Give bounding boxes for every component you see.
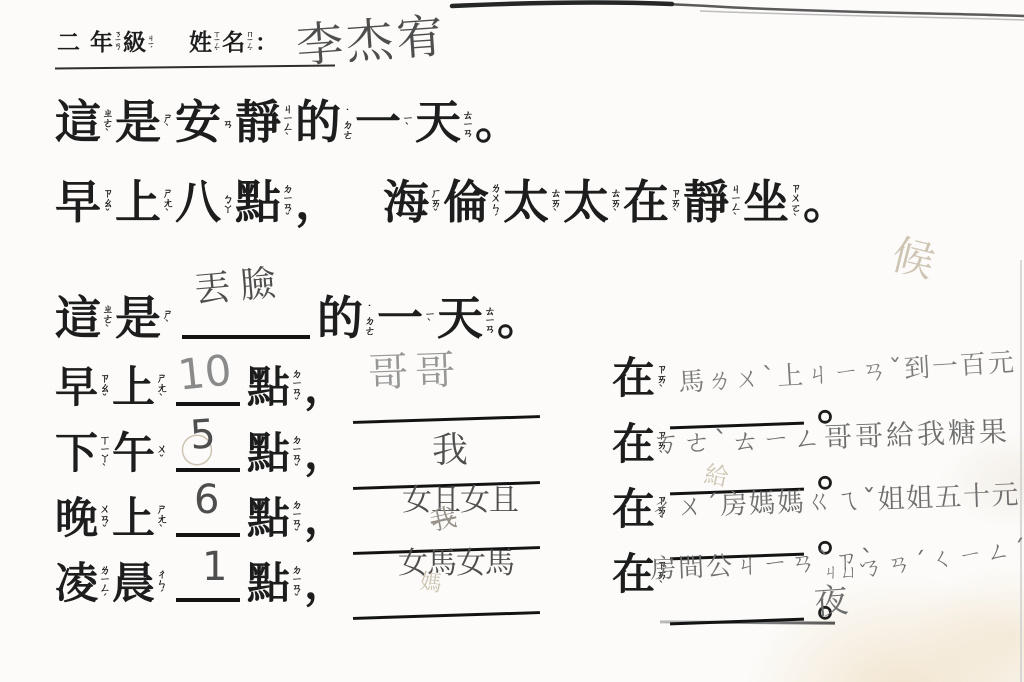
ruby-char: 上ㄕㄤˋ bbox=[115, 178, 175, 228]
printed-character: 在 bbox=[612, 552, 655, 598]
time-label: 下ㄒㄧㄚˋ午ㄨˇ bbox=[55, 431, 169, 477]
ruby-char: 凌ㄌㄧㄥˊ bbox=[55, 561, 112, 607]
ruby-char: 在ㄗㄞˋ bbox=[623, 178, 683, 228]
printed-character: 海 bbox=[383, 178, 429, 228]
zhuyin-annotation: ㄕㄤˋ bbox=[162, 187, 175, 219]
ruby-char: 早ㄗㄠˇ bbox=[55, 365, 112, 411]
zhuyin-annotation: ㄧˋ bbox=[402, 113, 415, 133]
dian-label: 點ㄉㄧㄢˇ bbox=[247, 561, 304, 607]
ruby-char: ， bbox=[304, 561, 351, 607]
zhuyin-annotation: ㄗㄞˋ bbox=[670, 187, 683, 219]
printed-character: 點 bbox=[247, 431, 290, 477]
ruby-char: 安ㄢ bbox=[175, 98, 235, 148]
printed-character: 晚 bbox=[55, 496, 98, 542]
ruby-char: 上ㄕㄤˋ bbox=[112, 365, 169, 411]
printed-character: 姓 bbox=[189, 31, 212, 56]
comma: ， bbox=[304, 561, 351, 607]
zhuyin-annotation: ㄔㄣˊ bbox=[156, 568, 169, 600]
printed-character: 太 bbox=[503, 178, 549, 228]
ruby-char: 的˙ㄉㄜ bbox=[295, 98, 355, 148]
zhuyin-annotation: ㄅㄚ bbox=[222, 193, 235, 213]
zhuyin-annotation: ㄋㄧㄢˊ bbox=[114, 30, 123, 56]
zhuyin-annotation: ㄊㄧㄢ bbox=[462, 109, 475, 137]
printed-character: 在 bbox=[612, 422, 655, 468]
zhuyin-annotation: ㄗㄨㄛˋ bbox=[790, 182, 803, 224]
printed-character: ， bbox=[304, 431, 347, 477]
ruby-char: 。 bbox=[803, 178, 853, 228]
ruby-char: 。 bbox=[497, 294, 547, 344]
printed-character: 點 bbox=[247, 496, 290, 542]
ruby-char: 級ㄐㄧˊ bbox=[123, 31, 156, 56]
zhuyin-annotation: ㄓㄜˋ bbox=[102, 303, 115, 335]
ruby-char: 天ㄊㄧㄢ bbox=[415, 98, 475, 148]
ruby-char bbox=[156, 31, 189, 56]
zhuyin-annotation: ㄨㄢˇ bbox=[99, 503, 112, 535]
ruby-char: 姓ㄒㄧㄥˋ bbox=[189, 30, 222, 56]
row-predawn: 凌ㄌㄧㄥˊ晨ㄔㄣˊ 點ㄉㄧㄢˇ ， 在ㄗㄞˋ 。 1 女馬女馬 媽 房間公ㄐㄧㄢ… bbox=[0, 552, 1024, 622]
printed-character: 。 bbox=[803, 178, 849, 228]
time-label: 凌ㄌㄧㄥˊ晨ㄔㄣˊ bbox=[55, 561, 169, 607]
printed-character: 是 bbox=[115, 98, 161, 148]
ruby-char: 靜ㄐㄧㄥˋ bbox=[235, 98, 295, 148]
sentence-helen-part2: 海ㄏㄞˇ倫ㄌㄨㄣˊ太ㄊㄞˋ太ㄊㄞˋ在ㄗㄞˋ靜ㄐㄧㄥˋ坐ㄗㄨㄛˋ。 bbox=[383, 178, 853, 228]
printed-character: 。 bbox=[475, 98, 521, 148]
dian-label: 點ㄉㄧㄢˇ bbox=[247, 496, 304, 542]
time-label: 早ㄗㄠˇ上ㄕㄤˋ bbox=[55, 365, 169, 411]
printed-character: 點 bbox=[247, 561, 290, 607]
ruby-char: 這ㄓㄜˋ bbox=[55, 98, 115, 148]
printed-character: 下 bbox=[55, 431, 98, 477]
sentence-helen: 早ㄗㄠˇ上ㄕㄤˋ八ㄅㄚ點ㄉㄧㄢˇ， 海ㄏㄞˇ倫ㄌㄨㄣˊ太ㄊㄞˋ太ㄊㄞˋ在ㄗㄞˋ靜… bbox=[55, 178, 853, 228]
zhuyin-annotation: ㄗㄠˇ bbox=[99, 372, 112, 404]
ruby-char: 二 bbox=[57, 31, 90, 56]
zhuyin-annotation: ㄗㄠˇ bbox=[102, 187, 115, 219]
zhuyin-annotation: ㄒㄧㄚˋ bbox=[99, 434, 112, 474]
printed-character: 安 bbox=[175, 98, 221, 148]
zhuyin-annotation: ˙ㄉㄜ bbox=[364, 303, 377, 335]
ruby-char: 靜ㄐㄧㄥˋ bbox=[683, 178, 743, 228]
printed-character: 二 bbox=[57, 31, 80, 56]
fill-sentence-pre: 這ㄓㄜˋ是ㄕˋ bbox=[55, 294, 175, 344]
printed-character: 年 bbox=[90, 31, 113, 56]
ruby-char: 點ㄉㄧㄢˇ bbox=[247, 561, 304, 607]
ruby-char: 晨ㄔㄣˊ bbox=[112, 561, 169, 607]
printed-character: 上 bbox=[115, 178, 161, 228]
zhuyin-annotation: ㄕㄤˋ bbox=[156, 503, 169, 535]
ruby-char: ， bbox=[304, 496, 351, 542]
ruby-char: 海ㄏㄞˇ bbox=[383, 178, 443, 228]
zhuyin-annotation: ㄊㄞˋ bbox=[610, 187, 623, 219]
ruby-char: 天ㄊㄧㄢ bbox=[437, 294, 497, 344]
printed-character: 的 bbox=[317, 294, 363, 344]
printed-character: 在 bbox=[623, 178, 669, 228]
zhuyin-annotation: ㄧˋ bbox=[424, 309, 437, 329]
printed-character: 級 bbox=[123, 31, 146, 56]
zhuyin-annotation: ㄊㄧㄢ bbox=[484, 305, 497, 333]
printed-character: ， bbox=[304, 496, 347, 542]
ruby-char: 的˙ㄉㄜ bbox=[317, 294, 377, 344]
printed-character: 倫 bbox=[443, 178, 489, 228]
printed-character: ， bbox=[304, 561, 347, 607]
zhuyin-annotation: ㄌㄧㄥˊ bbox=[99, 564, 112, 604]
zhuyin-annotation: ㄌㄨㄣˊ bbox=[490, 182, 503, 224]
printed-character: 太 bbox=[563, 178, 609, 228]
ruby-char: 早ㄗㄠˇ bbox=[55, 178, 115, 228]
printed-character: 天 bbox=[415, 98, 461, 148]
zhuyin-annotation: ㄊㄞˋ bbox=[550, 187, 563, 219]
zhuyin-annotation: ㄐㄧㄥˋ bbox=[282, 103, 295, 143]
handwritten-tail-character: 夜 bbox=[812, 573, 849, 624]
ruby-char: 下ㄒㄧㄚˋ bbox=[55, 431, 112, 477]
ruby-char: 這ㄓㄜˋ bbox=[55, 294, 115, 344]
header-grade-name-label: 二年ㄋㄧㄢˊ級ㄐㄧˊ 姓ㄒㄧㄥˋ名ㄇㄧㄥˊ： bbox=[57, 30, 288, 56]
printed-character: 坐 bbox=[743, 178, 789, 228]
printed-character: 上 bbox=[112, 496, 155, 542]
ruby-char: 一ㄧˋ bbox=[355, 98, 415, 148]
zhuyin-annotation: ㄢ bbox=[222, 118, 235, 128]
sentence-helen-part1: 早ㄗㄠˇ上ㄕㄤˋ八ㄅㄚ點ㄉㄧㄢˇ， bbox=[55, 178, 345, 228]
zhuyin-annotation: ㄉㄧㄢˇ bbox=[291, 368, 304, 408]
zhuyin-annotation: ㄨˇ bbox=[156, 443, 169, 465]
printed-character: 靜 bbox=[683, 178, 729, 228]
ruby-char: 是ㄕˋ bbox=[115, 98, 175, 148]
ruby-char: ， bbox=[304, 365, 351, 411]
printed-character: 點 bbox=[247, 365, 290, 411]
zhuyin-annotation: ㄉㄧㄢˇ bbox=[291, 434, 304, 474]
printed-character: 午 bbox=[112, 431, 155, 477]
printed-character: 這 bbox=[55, 98, 101, 148]
ruby-char: 太ㄊㄞˋ bbox=[503, 178, 563, 228]
printed-character: 天 bbox=[437, 294, 483, 344]
zhuyin-annotation: ㄐㄧˊ bbox=[147, 34, 156, 54]
printed-character: ， bbox=[295, 178, 341, 228]
worksheet-page: 二年ㄋㄧㄢˊ級ㄐㄧˊ 姓ㄒㄧㄥˋ名ㄇㄧㄥˊ： 李杰宥 這ㄓㄜˋ是ㄕˋ安ㄢ靜ㄐㄧㄥ… bbox=[0, 0, 1024, 682]
ruby-char: 午ㄨˇ bbox=[112, 431, 169, 477]
printed-character: 點 bbox=[235, 178, 281, 228]
zhuyin-annotation: ㄏㄞˇ bbox=[430, 187, 443, 219]
zhuyin-annotation: ㄕㄤˋ bbox=[156, 372, 169, 404]
ruby-char: ， bbox=[304, 431, 351, 477]
ruby-char: 。 bbox=[475, 98, 525, 148]
zhuyin-annotation: ㄒㄧㄥˋ bbox=[213, 30, 222, 56]
ruby-char: 點ㄉㄧㄢˇ bbox=[247, 365, 304, 411]
zhuyin-annotation: ㄉㄧㄢˇ bbox=[291, 564, 304, 604]
printed-character: 。 bbox=[497, 294, 543, 344]
ruby-char: 是ㄕˋ bbox=[115, 294, 175, 344]
zhuyin-annotation: ㄓㄜˋ bbox=[102, 107, 115, 139]
printed-character: 在 bbox=[612, 356, 655, 402]
handwritten-student-name: 李杰宥 bbox=[294, 0, 448, 76]
zhuyin-annotation: ㄕˋ bbox=[162, 112, 175, 134]
printed-character: 晨 bbox=[112, 561, 155, 607]
printed-character: 八 bbox=[175, 178, 221, 228]
printed-character: 靜 bbox=[235, 98, 281, 148]
printed-character: 的 bbox=[295, 98, 341, 148]
printed-character: 一 bbox=[355, 98, 401, 148]
ruby-char: 晚ㄨㄢˇ bbox=[55, 496, 112, 542]
zhuyin-annotation: ˙ㄉㄜ bbox=[342, 107, 355, 139]
handwritten-hour: 5 bbox=[188, 411, 217, 459]
zhuyin-annotation: ㄐㄧㄥˋ bbox=[730, 183, 743, 223]
zhuyin-annotation: ㄇㄧㄥˊ bbox=[246, 30, 255, 56]
handwritten-hour: 1 bbox=[202, 544, 227, 590]
sentence-quiet-day: 這ㄓㄜˋ是ㄕˋ安ㄢ靜ㄐㄧㄥˋ的˙ㄉㄜ一ㄧˋ天ㄊㄧㄢ。 bbox=[55, 98, 525, 148]
dian-label: 點ㄉㄧㄢˇ bbox=[247, 365, 304, 411]
header-underline bbox=[55, 65, 335, 70]
printed-character bbox=[156, 31, 179, 56]
printed-character: 凌 bbox=[55, 561, 98, 607]
ruby-char: 點ㄉㄧㄢˇ bbox=[247, 431, 304, 477]
handwritten-hour: 6 bbox=[194, 477, 219, 523]
ruby-char: ， bbox=[295, 178, 345, 228]
handwritten-who: 我 bbox=[432, 422, 468, 473]
ruby-char: 坐ㄗㄨㄛˋ bbox=[743, 178, 803, 228]
fill-sentence-post: 的˙ㄉㄜ一ㄧˋ天ㄊㄧㄢ。 bbox=[317, 294, 547, 344]
zai-label: 在ㄗㄞˋ bbox=[612, 356, 669, 402]
ruby-char: 點ㄉㄧㄢˇ bbox=[235, 178, 295, 228]
printed-character: 上 bbox=[112, 365, 155, 411]
fill-blank-line bbox=[182, 335, 310, 339]
printed-character: 這 bbox=[55, 294, 101, 344]
printed-character: 早 bbox=[55, 178, 101, 228]
smudged-character: 媽 bbox=[418, 565, 444, 599]
comma: ， bbox=[304, 365, 351, 411]
ruby-char: 太ㄊㄞˋ bbox=[563, 178, 623, 228]
handwritten-hour: 10 bbox=[176, 345, 234, 399]
ruby-char: 年ㄋㄧㄢˊ bbox=[90, 30, 123, 56]
who-blank-line bbox=[353, 611, 540, 620]
printed-character: 名 bbox=[222, 31, 245, 56]
zhuyin-annotation: ㄉㄧㄢˇ bbox=[282, 183, 295, 223]
zhuyin-annotation: ㄗㄞˋ bbox=[656, 363, 669, 395]
handwritten-who: 女且女且 bbox=[402, 475, 518, 519]
comma: ， bbox=[304, 431, 351, 477]
ruby-char: 名ㄇㄧㄥˊ bbox=[222, 30, 255, 56]
faint-pencil-character: 候 bbox=[886, 222, 941, 290]
printed-character: 早 bbox=[55, 365, 98, 411]
zhuyin-annotation: ㄕˋ bbox=[162, 308, 175, 330]
dian-label: 點ㄉㄧㄢˇ bbox=[247, 431, 304, 477]
printed-character: ， bbox=[304, 365, 347, 411]
zhuyin-annotation: ㄉㄧㄢˇ bbox=[291, 499, 304, 539]
scan-top-edge-artifact bbox=[0, 0, 1024, 28]
comma: ， bbox=[304, 496, 351, 542]
ruby-char: 八ㄅㄚ bbox=[175, 178, 235, 228]
ruby-char: 上ㄕㄤˋ bbox=[112, 496, 169, 542]
printed-character: 是 bbox=[115, 294, 161, 344]
ruby-char: 一ㄧˋ bbox=[377, 294, 437, 344]
time-label: 晚ㄨㄢˇ上ㄕㄤˋ bbox=[55, 496, 169, 542]
ruby-char: ： bbox=[255, 31, 288, 56]
ruby-char: 點ㄉㄧㄢˇ bbox=[247, 496, 304, 542]
handwritten-who: 女馬女馬 bbox=[398, 538, 514, 582]
printed-character: 一 bbox=[377, 294, 423, 344]
ruby-char: 倫ㄌㄨㄣˊ bbox=[443, 178, 503, 228]
handwritten-fill-word: 丟臉 bbox=[192, 254, 288, 313]
ruby-char: 在ㄗㄞˋ bbox=[612, 356, 669, 402]
fill-sentence: 這ㄓㄜˋ是ㄕˋ 的˙ㄉㄜ一ㄧˋ天ㄊㄧㄢ。 bbox=[55, 294, 547, 344]
printed-character: ： bbox=[255, 31, 278, 56]
handwritten-who: 哥哥 bbox=[367, 338, 463, 398]
